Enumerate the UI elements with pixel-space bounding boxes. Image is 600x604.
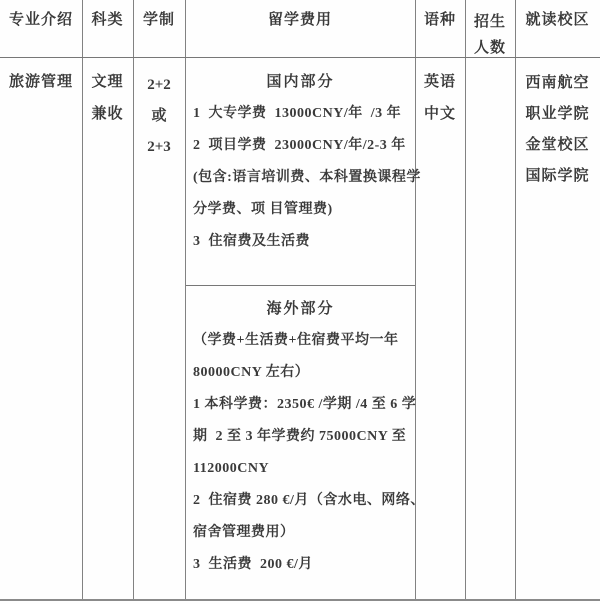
header-cell-enrollment: 招生 人数 [465,9,515,61]
fee-line: 2 项目学费 23000CNY/年/2-3 年 [186,130,415,162]
table-bottom-border [0,599,600,601]
fee-line: 2 住宿费 280 €/月（含水电、网络、 [186,485,415,517]
fee-line: （学费+生活费+住宿费平均一年 [186,325,415,357]
header-enrollment-line2: 人数 [465,35,515,61]
fee-line: 80000CNY 左右） [186,357,415,389]
fee-line: 期 2 至 3 年学费约 75000CNY 至 [186,421,415,453]
header-cell-campus: 就读校区 [515,12,600,29]
category-line: 兼收 [82,98,133,130]
language-line: 英语 [415,66,465,98]
fee-line: 1 大专学费 13000CNY/年 /3 年 [186,98,415,130]
language-line: 中文 [415,98,465,130]
fee-section-divider [186,285,415,286]
cell-duration: 2+2 或 2+3 [133,70,185,163]
cell-language: 英语 中文 [415,66,465,130]
fee-line: 宿舍管理费用） [186,517,415,549]
header-enrollment-line1: 招生 [465,9,515,35]
duration-line: 2+3 [133,132,185,163]
header-cell-duration: 学制 [133,12,185,29]
study-abroad-fee-table: 专业介绍 科类 学制 留学费用 语种 招生 人数 就读校区 旅游管理 文理 兼收… [0,0,600,604]
fee-overseas-section: 海外部分 （学费+生活费+住宿费平均一年 80000CNY 左右） 1 本科学费… [186,293,415,581]
fee-overseas-title: 海外部分 [186,293,415,325]
cell-category: 文理 兼收 [82,66,133,130]
fee-line: 分学费、项 目管理费) [186,194,415,226]
campus-line: 西南航空 [515,68,600,99]
fee-domestic-section: 国内部分 1 大专学费 13000CNY/年 /3 年 2 项目学费 23000… [186,66,415,258]
duration-line: 或 [133,101,185,132]
duration-line: 2+2 [133,70,185,101]
column-divider [465,0,466,600]
campus-line: 职业学院 [515,99,600,130]
header-cell-language: 语种 [415,12,465,29]
fee-line: 3 生活费 200 €/月 [186,549,415,581]
cell-major: 旅游管理 [0,66,82,98]
fee-line: 1 本科学费：2350€ /学期 /4 至 6 学 [186,389,415,421]
fee-line: (包含:语言培训费、本科置换课程学 [186,162,415,194]
header-cell-category: 科类 [82,12,133,29]
category-line: 文理 [82,66,133,98]
campus-line: 国际学院 [515,161,600,192]
header-cell-major-intro: 专业介绍 [0,12,82,29]
campus-line: 金堂校区 [515,130,600,161]
header-cell-fees: 留学费用 [185,12,415,29]
fee-line: 3 住宿费及生活费 [186,226,415,258]
fee-domestic-title: 国内部分 [186,66,415,98]
fee-line: 112000CNY [186,453,415,485]
cell-campus: 西南航空 职业学院 金堂校区 国际学院 [515,68,600,192]
